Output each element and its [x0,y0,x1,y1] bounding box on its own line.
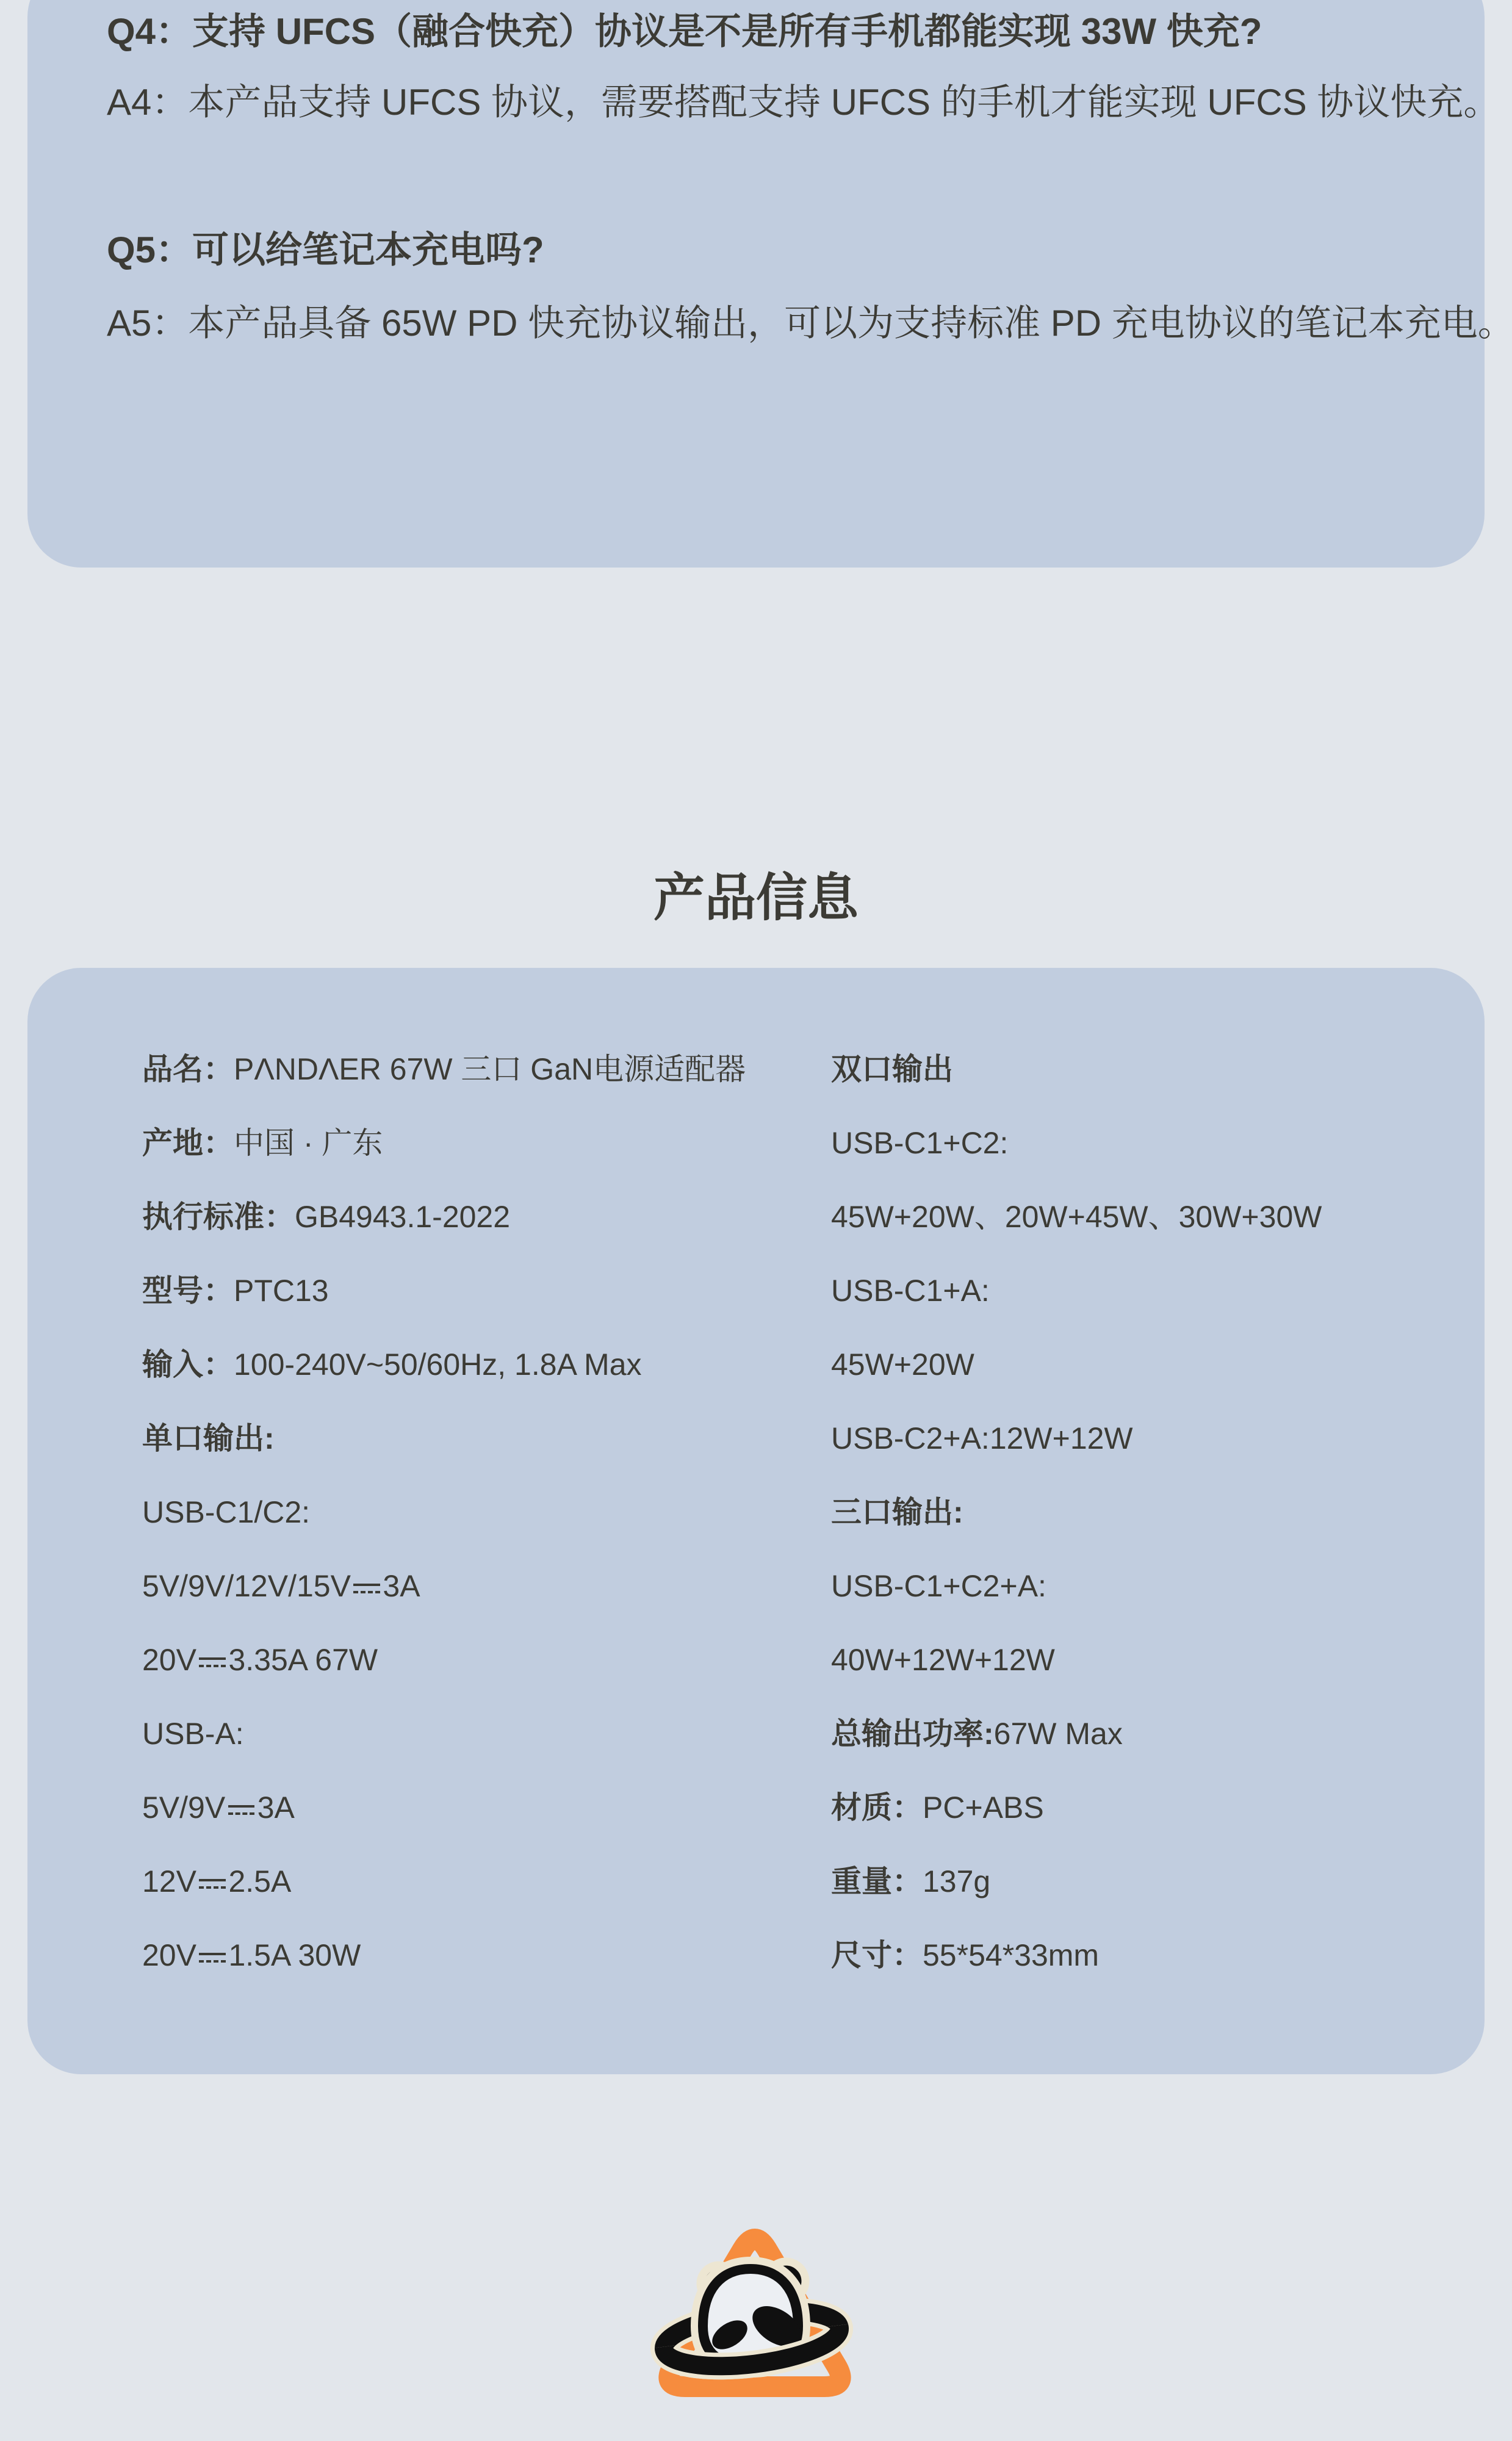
spec-value: 40W+12W+12W [831,1643,1055,1677]
spec-row-left-2: 产地：中国 · 广东 [142,1106,746,1180]
spec-row-right-8: USB-C1+C2+A: [831,1549,1322,1623]
dc-symbol-icon [198,1651,227,1672]
spec-row-right-1: 双口输出 [831,1033,1322,1106]
spec-row-left-6: 单口输出: [142,1402,746,1476]
spec-value: 20V1.5A 30W [142,1938,361,1972]
spec-value: USB-C1+C2: [831,1126,1008,1160]
spec-value: PC+ABS [923,1790,1044,1825]
spec-value: USB-C1+C2+A: [831,1569,1046,1603]
faq-answer-5: A5：本产品具备 65W PD 快充协议输出，可以为支持标准 PD 充电协议的笔… [107,290,1448,357]
spec-row-left-8: 5V/9V/12V/15V3A [142,1549,746,1623]
faq-question-5: Q5：可以给笔记本充电吗? [107,217,1448,284]
spec-row-right-9: 40W+12W+12W [831,1623,1322,1697]
spec-label: 材质： [831,1790,923,1825]
spec-row-left-9: 20V3.35A 67W [142,1623,746,1697]
spec-row-right-2: USB-C1+C2: [831,1106,1322,1180]
spec-value: USB-C1/C2: [142,1495,310,1529]
dc-symbol-icon [227,1798,256,1820]
pandaer-logo [598,2172,915,2429]
spec-row-left-3: 执行标准：GB4943.1-2022 [142,1180,746,1254]
spec-value: USB-C1+A: [831,1274,990,1308]
spec-value: USB-C2+A:12W+12W [831,1421,1133,1455]
dc-symbol-icon [352,1577,381,1598]
spec-value: 5V/9V3A [142,1790,295,1825]
spec-column-right: 双口输出USB-C1+C2:45W+20W、20W+45W、30W+30WUSB… [831,1033,1322,1992]
spec-value: PΛNDΛER 67W 三口 GaN电源适配器 [234,1052,746,1086]
pandaer-logo-svg [598,2172,915,2429]
spec-row-left-4: 型号：PTC13 [142,1254,746,1328]
spec-row-left-7: USB-C1/C2: [142,1476,746,1549]
spec-row-left-12: 12V2.5A [142,1845,746,1919]
spec-value: GB4943.1-2022 [295,1200,510,1234]
spec-row-right-7: 三口输出: [831,1476,1322,1549]
spec-row-left-1: 品名：PΛNDΛER 67W 三口 GaN电源适配器 [142,1033,746,1106]
spec-value: 45W+20W、20W+45W、30W+30W [831,1200,1322,1234]
spec-label: 尺寸： [831,1938,923,1972]
spec-value: 5V/9V/12V/15V3A [142,1569,420,1603]
spec-label: 型号： [142,1274,234,1308]
spec-label: 双口输出 [831,1052,953,1086]
spec-label: 执行标准： [142,1200,295,1234]
spec-label: 品名： [142,1052,234,1086]
spec-card: 品名：PΛNDΛER 67W 三口 GaN电源适配器产地：中国 · 广东执行标准… [27,968,1485,2074]
spec-column-left: 品名：PΛNDΛER 67W 三口 GaN电源适配器产地：中国 · 广东执行标准… [142,1033,746,1992]
spec-label: 总输出功率: [831,1717,994,1751]
spec-row-right-10: 总输出功率:67W Max [831,1697,1322,1771]
spec-value: PTC13 [234,1274,329,1308]
spec-row-right-3: 45W+20W、20W+45W、30W+30W [831,1180,1322,1254]
dc-symbol-icon [198,1946,227,1967]
spec-value: 67W Max [994,1717,1123,1751]
spec-row-left-11: 5V/9V3A [142,1771,746,1845]
spec-row-right-6: USB-C2+A:12W+12W [831,1402,1322,1476]
spec-value: 100-240V~50/60Hz, 1.8A Max [234,1347,642,1382]
spec-row-left-13: 20V1.5A 30W [142,1919,746,1992]
spec-label: 重量： [831,1864,923,1898]
spec-row-left-10: USB-A: [142,1697,746,1771]
spec-label: 输入： [142,1347,234,1382]
faq-question-4: Q4：支持 UFCS（融合快充）协议是不是所有手机都能实现 33W 快充? [107,0,1448,65]
spec-value: 137g [923,1864,990,1898]
spec-row-right-12: 重量：137g [831,1845,1322,1919]
faq-answer-4: A4：本产品支持 UFCS 协议，需要搭配支持 UFCS 的手机才能实现 UFC… [107,69,1448,136]
spec-label: 产地： [142,1126,234,1160]
spec-label: 单口输出: [142,1421,275,1455]
spec-value: 55*54*33mm [923,1938,1099,1972]
spec-value: 20V3.35A 67W [142,1643,378,1677]
spec-value: 中国 · 广东 [234,1126,383,1160]
spec-row-left-5: 输入：100-240V~50/60Hz, 1.8A Max [142,1328,746,1402]
spec-value: 12V2.5A [142,1864,291,1898]
faq-card: Q4：支持 UFCS（融合快充）协议是不是所有手机都能实现 33W 快充? A4… [27,0,1485,568]
spec-value: USB-A: [142,1717,244,1751]
product-detail-page: Q4：支持 UFCS（融合快充）协议是不是所有手机都能实现 33W 快充? A4… [0,0,1512,2441]
spec-label: 三口输出: [831,1495,963,1529]
spec-value: 45W+20W [831,1347,974,1382]
spec-row-right-4: USB-C1+A: [831,1254,1322,1328]
dc-symbol-icon [198,1872,227,1894]
page-title: 产品信息 [0,861,1512,934]
spec-row-right-5: 45W+20W [831,1328,1322,1402]
spec-row-right-11: 材质：PC+ABS [831,1771,1322,1845]
spec-row-right-13: 尺寸：55*54*33mm [831,1919,1322,1992]
